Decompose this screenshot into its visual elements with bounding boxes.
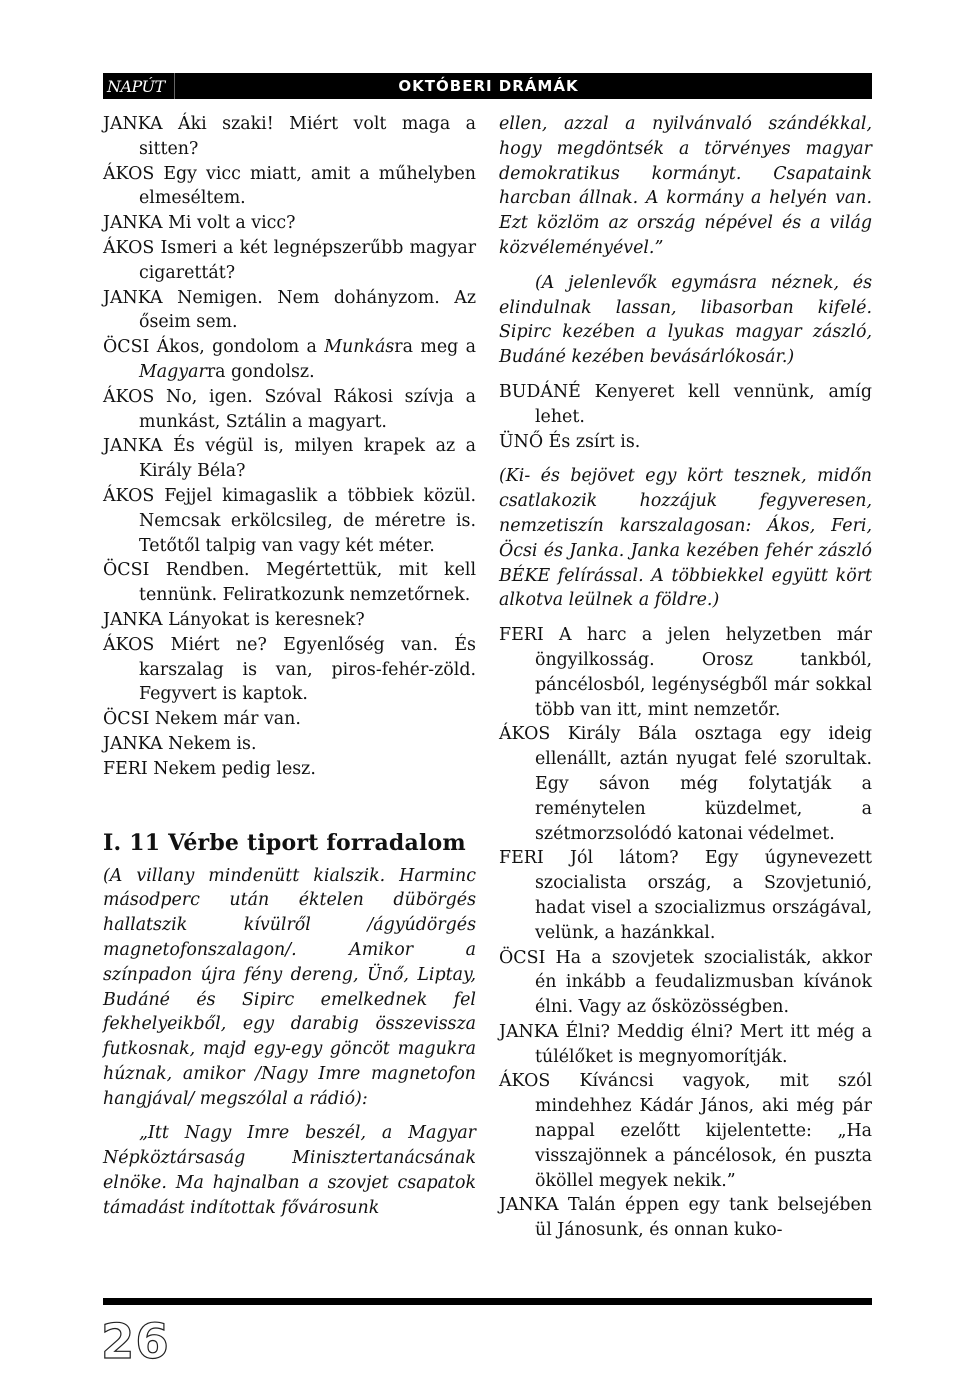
line-text: Nekem is.	[168, 734, 256, 754]
dialogue-line: ÁKOS Király Bála osztaga egy ideig ellen…	[499, 722, 872, 846]
line-text: Élni? Meddig élni? Mert itt még a túlélő…	[535, 1022, 872, 1067]
speaker-name: JANKA	[103, 288, 163, 308]
dialogue-line: ÖCSI Nekem már van.	[103, 707, 476, 732]
dialogue-line: ÁKOS Egy vicc miatt, amit a műhelyben el…	[103, 162, 476, 212]
dialogue-line: ÁKOS Kíváncsi vagyok, mit szól mindehhez…	[499, 1069, 872, 1193]
dialogue-line: FERI Jól látom? Egy úgynevezett szociali…	[499, 846, 872, 945]
line-text: Egy vicc miatt, amit a műhelyben elmesél…	[139, 164, 476, 209]
dialogue-line: JANKA És végül is, milyen krapek az a Ki…	[103, 434, 476, 484]
dialogue-line: ÁKOS No, igen. Szóval Rákosi szívja a mu…	[103, 385, 476, 435]
line-text: És végül is, milyen krapek az a Király B…	[139, 436, 476, 481]
line-text: Nemigen. Nem dohányzom. Az őseim sem.	[139, 288, 476, 333]
running-header: NAPÚT OKTÓBERI DRÁMÁK	[103, 73, 872, 99]
dialogue-line: JANKA Nekem is.	[103, 732, 476, 757]
line-text: Jól látom? Egy úgynevezett szocialista o…	[535, 848, 872, 942]
line-text: ra gondolsz.	[207, 362, 315, 382]
speaker-name: JANKA	[103, 213, 163, 233]
speaker-name: BUDÁNÉ	[499, 382, 581, 402]
speaker-name: JANKA	[103, 436, 163, 456]
right-column: ellen, azzal a nyilvánvaló szándékkal, h…	[499, 112, 872, 1243]
line-text: Ismeri a két legnépszerűbb magyar cigare…	[139, 238, 476, 283]
dialogue-line: ÖCSI Rendben. Megértettük, mit kell tenn…	[103, 558, 476, 608]
line-text: Kenyeret kell vennünk, amíg lehet.	[535, 382, 872, 427]
line-text: Talán éppen egy tank belsejében ül János…	[535, 1195, 872, 1240]
dialogue-line: JANKA Áki szaki! Miért volt maga a sitte…	[103, 112, 476, 162]
line-text: ra meg a	[394, 337, 476, 357]
magazine-logo: NAPÚT	[103, 73, 175, 99]
speaker-name: JANKA	[103, 114, 163, 134]
line-text: Áki szaki! Miért volt maga a sitten?	[139, 114, 476, 159]
line-text: Kíváncsi vagyok, mit szól mindehhez Kádá…	[535, 1071, 872, 1190]
dialogue-line: JANKA Lányokat is keresnek?	[103, 608, 476, 633]
speaker-name: ÁKOS	[103, 635, 154, 655]
speaker-name: JANKA	[499, 1195, 559, 1215]
speaker-name: ÁKOS	[103, 164, 154, 184]
speaker-name: ÖCSI	[103, 337, 149, 357]
line-text: Ha a szovjetek szocialisták, akkor én in…	[535, 948, 872, 1018]
dialogue-line: ÖCSI Ákos, gondolom a Munkásra meg a Mag…	[103, 335, 476, 385]
line-text: Rendben. Megértettük, mit kell tennünk. …	[139, 560, 476, 605]
speaker-name: ÁKOS	[499, 1071, 550, 1091]
speaker-name: ÜNŐ	[499, 432, 543, 452]
dialogue-line: FERI A harc a jelen helyzetben már öngyi…	[499, 623, 872, 722]
left-column: JANKA Áki szaki! Miért volt maga a sitte…	[103, 112, 476, 1221]
line-text: Mi volt a vicc?	[168, 213, 295, 233]
stage-direction: (Ki- és bejövet egy kört tesznek, midőn …	[499, 464, 872, 613]
line-text: Nekem már van.	[155, 709, 301, 729]
line-text: Ákos, gondolom a	[157, 337, 324, 357]
line-text: Fejjel kimagaslik a többiek közül. Nemcs…	[139, 486, 476, 556]
dialogue-line: ÁKOS Ismeri a két legnépszerűbb magyar c…	[103, 236, 476, 286]
dialogue-line: JANKA Élni? Meddig élni? Mert itt még a …	[499, 1020, 872, 1070]
speaker-name: ÖCSI	[103, 560, 149, 580]
dialogue-line: ÜNŐ És zsírt is.	[499, 430, 872, 455]
dialogue-line: BUDÁNÉ Kenyeret kell vennünk, amíg lehet…	[499, 380, 872, 430]
speaker-name: JANKA	[103, 610, 163, 630]
speaker-name: ÁKOS	[103, 486, 154, 506]
page-number: 26	[101, 1318, 170, 1366]
dialogue-line: ÁKOS Fejjel kimagaslik a többiek közül. …	[103, 484, 476, 558]
line-text: A harc a jelen helyzetben már öngyilkoss…	[535, 625, 872, 719]
line-text: És zsírt is.	[549, 432, 641, 452]
speaker-name: ÁKOS	[103, 238, 154, 258]
italic-word: Magyar	[139, 362, 207, 382]
stage-direction: (A jelenlevők egymásra néznek, és elindu…	[499, 271, 872, 370]
speaker-name: FERI	[103, 759, 148, 779]
dialogue-line: JANKA Nemigen. Nem dohányzom. Az őseim s…	[103, 286, 476, 336]
line-text: No, igen. Szóval Rákosi szívja a munkást…	[139, 387, 476, 432]
line-text: Miért ne? Egyenlőség van. És karszalag i…	[139, 635, 476, 705]
speaker-name: ÖCSI	[499, 948, 545, 968]
dialogue-line: JANKA Talán éppen egy tank belsejében ül…	[499, 1193, 872, 1243]
stage-direction: (A villany mindenütt kialszik. Harminc m…	[103, 864, 476, 1112]
dialogue-line: ÁKOS Miért ne? Egyenlőség van. És karsza…	[103, 633, 476, 707]
radio-quote-continued: ellen, azzal a nyilvánvaló szándékkal, h…	[499, 112, 872, 261]
speaker-name: ÁKOS	[499, 724, 550, 744]
dialogue-line: JANKA Mi volt a vicc?	[103, 211, 476, 236]
speaker-name: ÖCSI	[103, 709, 149, 729]
speaker-name: ÁKOS	[103, 387, 154, 407]
italic-word: Munkás	[324, 337, 394, 357]
speaker-name: JANKA	[499, 1022, 559, 1042]
radio-quote: „Itt Nagy Imre beszél, a Magyar Népköztá…	[103, 1121, 476, 1220]
section-title: OKTÓBERI DRÁMÁK	[175, 77, 872, 95]
dialogue-line: ÖCSI Ha a szovjetek szocialisták, akkor …	[499, 946, 872, 1020]
footer-rule	[103, 1298, 872, 1305]
speaker-name: JANKA	[103, 734, 163, 754]
dialogue-line: FERI Nekem pedig lesz.	[103, 757, 476, 782]
speaker-name: FERI	[499, 848, 544, 868]
line-text: Király Bála osztaga egy ideig ellenállt,…	[535, 724, 872, 843]
line-text: Nekem pedig lesz.	[153, 759, 316, 779]
section-heading: I. 11 Vérbe tiport forradalom	[103, 828, 476, 858]
speaker-name: FERI	[499, 625, 544, 645]
line-text: Lányokat is keresnek?	[168, 610, 365, 630]
